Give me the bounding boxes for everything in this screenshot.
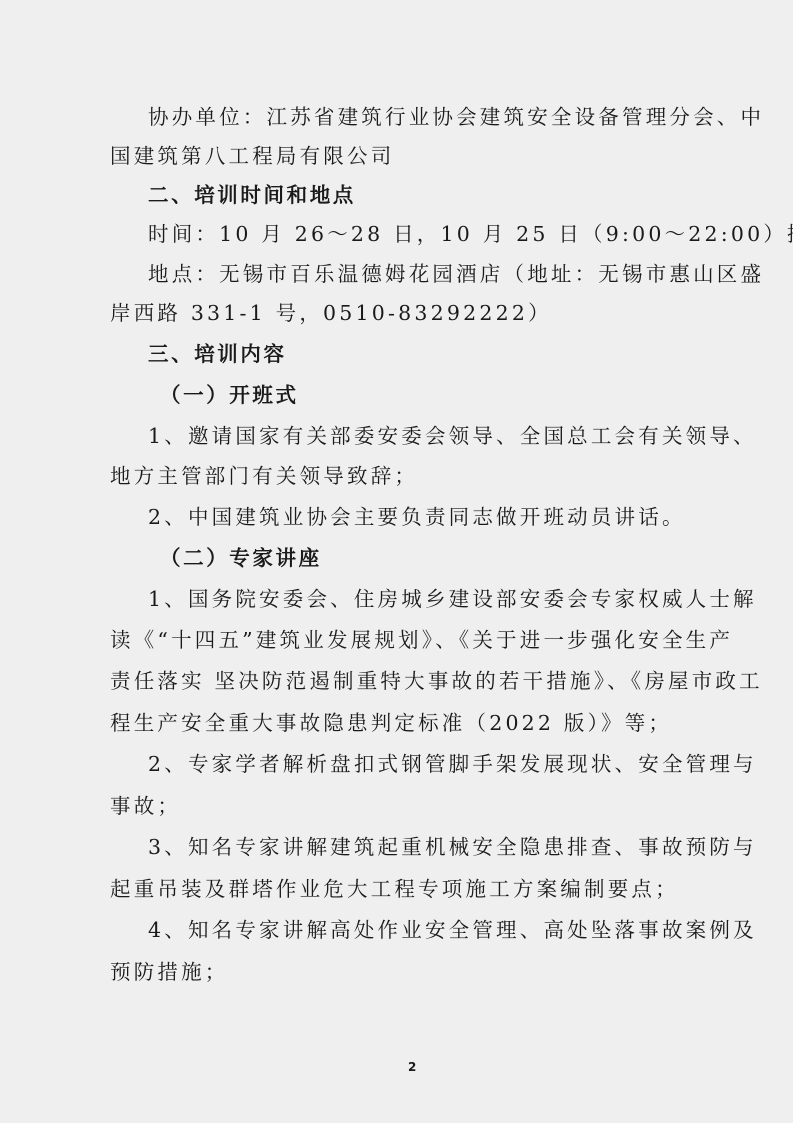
document-page: 协办单位：江苏省建筑行业协会建筑安全设备管理分会、中 国建筑第八工程局有限公司 … [0,0,793,1123]
section-2-heading: 二、培训时间和地点 [148,182,356,208]
training-location-line-1: 地点：无锡市百乐温德姆花园酒店（地址：无锡市惠山区盛 [148,261,764,287]
lecture-item-1-line-3: 责任落实 坚决防范遏制重特大事故的若干措施》、《房屋市政工 [110,668,763,694]
lecture-item-1-line-2: 读《“十四五”建筑业发展规划》、《关于进一步强化安全生产 [110,627,733,653]
lecture-item-1-line-4: 程生产安全重大事故隐患判定标准（2022 版）》等； [110,710,672,736]
co-organizer-line-1: 协办单位：江苏省建筑行业协会建筑安全设备管理分会、中 [148,104,764,130]
lecture-item-3-line-2: 起重吊装及群塔作业危大工程专项施工方案编制要点； [110,876,679,902]
opening-item-2: 2、中国建筑业协会主要负责同志做开班动员讲话。 [148,504,686,530]
opening-item-1-line-1: 1、邀请国家有关部委安委会领导、全国总工会有关领导、 [148,423,757,449]
lecture-item-4-line-2: 预防措施； [110,959,229,985]
opening-item-1-line-2: 地方主管部门有关领导致辞； [110,463,418,489]
training-location-line-2: 岸西路 331-1 号，0510-83292222） [110,300,552,326]
subsection-opening-heading: （一）开班式 [160,382,299,408]
lecture-item-2-line-1: 2、专家学者解析盘扣式钢管脚手架发展现状、安全管理与 [148,751,757,777]
lecture-item-3-line-1: 3、知名专家讲解建筑起重机械安全隐患排查、事故预防与 [148,834,757,860]
page-number: 2 [408,1060,416,1074]
subsection-lectures-heading: （二）专家讲座 [160,545,322,571]
lecture-item-2-line-2: 事故； [110,793,181,819]
training-time: 时间：10 月 26～28 日，10 月 25 日（9:00～22:00）报到。 [148,221,793,247]
section-3-heading: 三、培训内容 [148,341,287,367]
lecture-item-4-line-1: 4、知名专家讲解高处作业安全管理、高处坠落事故案例及 [148,917,757,943]
co-organizer-line-2: 国建筑第八工程局有限公司 [110,143,394,169]
lecture-item-1-line-1: 1、国务院安委会、住房城乡建设部安委会专家权威人士解 [148,586,757,612]
